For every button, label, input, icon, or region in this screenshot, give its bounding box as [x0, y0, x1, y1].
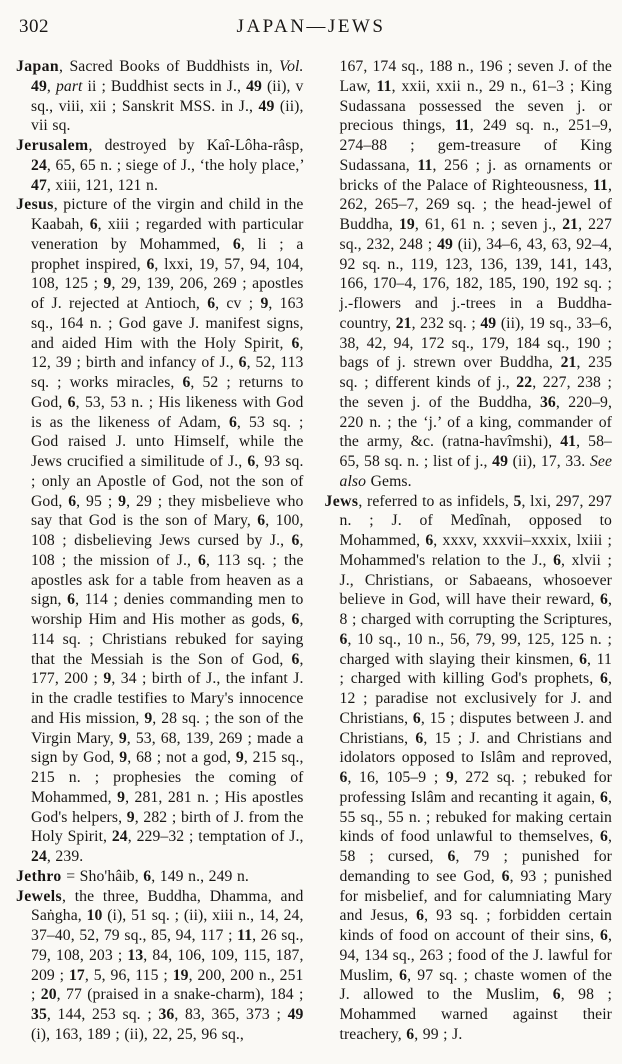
text-columns: Japan, Sacred Books of Buddhists in, Vol… [16, 57, 612, 1045]
entry-headword: Japan [16, 58, 59, 75]
page-title: JAPAN—JEWS [0, 16, 622, 38]
index-entry: Jews, referred to as infidels, 5, lxi, 2… [325, 492, 613, 1045]
running-head: 302 JAPAN—JEWS [0, 14, 622, 44]
entry-headword: Jesus [16, 196, 54, 213]
book-page: 302 JAPAN—JEWS Japan, Sacred Books of Bu… [0, 0, 622, 1064]
index-entry: Jesus, picture of the virgin and child i… [16, 195, 304, 867]
index-entry: Jethro = Sho'hâib, 6, 149 n., 249 n. [16, 867, 304, 887]
index-entry: Jewels, the three, Buddha, Dhamma, and S… [16, 887, 304, 1045]
entry-headword: Jews [325, 493, 359, 510]
entry-headword: Jewels [16, 888, 62, 905]
entry-headword: Jerusalem [16, 137, 88, 154]
index-entry: Japan, Sacred Books of Buddhists in, Vol… [16, 57, 304, 136]
index-entry: Jerusalem, destroyed by Kaî-Lôha-râsp, 2… [16, 136, 304, 195]
column-left: Japan, Sacred Books of Buddhists in, Vol… [16, 57, 304, 1045]
index-entry: 167, 174 sq., 188 n., 196 ; seven J. of … [325, 57, 613, 492]
column-right: 167, 174 sq., 188 n., 196 ; seven J. of … [325, 57, 613, 1045]
entry-headword: Jethro [16, 868, 62, 885]
